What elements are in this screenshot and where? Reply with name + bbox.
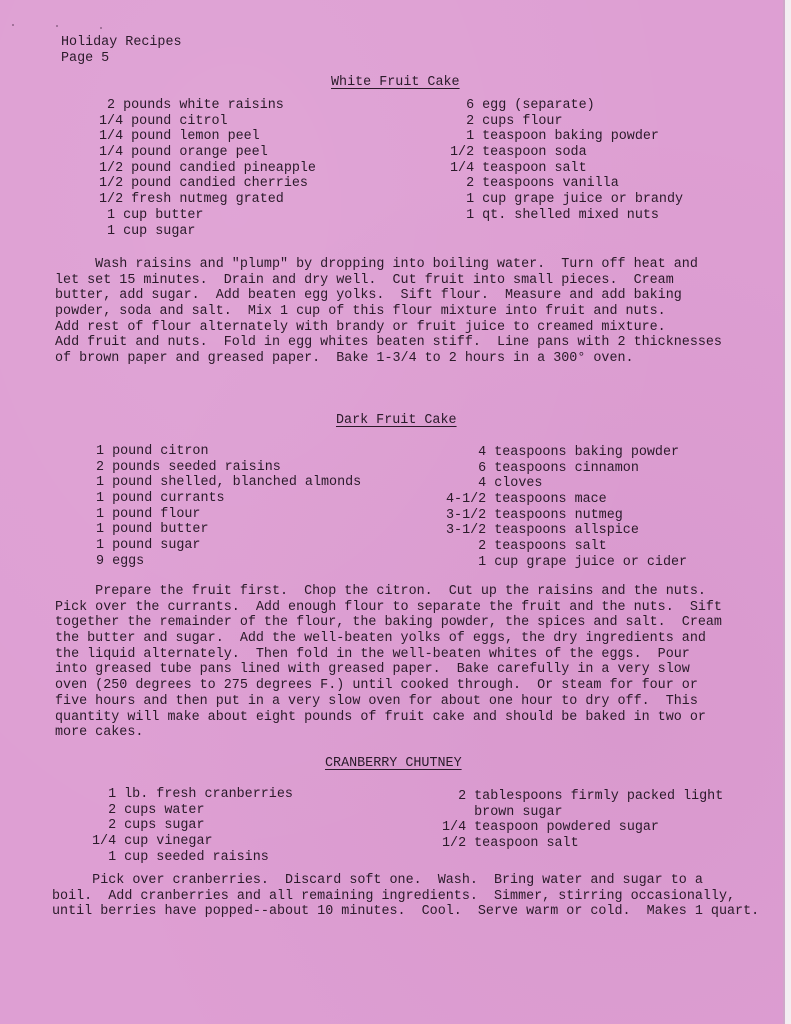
text-line: 4 cloves	[446, 476, 687, 492]
text-line: butter, add sugar. Add beaten egg yolks.…	[55, 288, 722, 304]
text-line: boil. Add cranberries and all remaining …	[52, 889, 759, 905]
text-line: 9 eggs	[96, 554, 361, 570]
text-line: 1/4 cup vinegar	[92, 834, 293, 850]
ingredients-left-cranberry-chutney: 1 lb. fresh cranberries 2 cups water 2 c…	[92, 787, 293, 865]
text-line: 6 egg (separate)	[450, 98, 683, 114]
directions-dark-fruit-cake: Prepare the fruit first. Chop the citron…	[55, 584, 722, 741]
text-line: 1 teaspoon baking powder	[450, 129, 683, 145]
text-line: Wash raisins and "plump" by dropping int…	[55, 257, 722, 273]
ingredients-right-white-fruit-cake: 6 egg (separate) 2 cups flour 1 teaspoon…	[450, 98, 683, 224]
text-line: 2 tablespoons firmly packed light	[442, 789, 723, 805]
text-line: 1 pound butter	[96, 522, 361, 538]
text-line: of brown paper and greased paper. Bake 1…	[55, 351, 722, 367]
ingredients-right-cranberry-chutney: 2 tablespoons firmly packed light brown …	[442, 789, 723, 852]
text-line: 1/2 pound candied pineapple	[99, 161, 316, 177]
text-line: 1/4 teaspoon salt	[450, 161, 683, 177]
scan-speck	[56, 25, 58, 27]
text-line: 2 cups water	[92, 803, 293, 819]
ingredients-left-white-fruit-cake: 2 pounds white raisins1/4 pound citrol1/…	[99, 98, 316, 239]
text-line: Add rest of flour alternately with brand…	[55, 320, 722, 336]
text-line: 2 pounds white raisins	[99, 98, 316, 114]
text-line: 1/2 teaspoon soda	[450, 145, 683, 161]
directions-cranberry-chutney: Pick over cranberries. Discard soft one.…	[52, 873, 759, 920]
text-line: 3-1/2 teaspoons allspice	[446, 523, 687, 539]
recipe-title-white-fruit-cake: White Fruit Cake	[331, 75, 460, 91]
ingredients-right-dark-fruit-cake: 4 teaspoons baking powder 6 teaspoons ci…	[446, 445, 687, 571]
recipe-title-cranberry-chutney: CRANBERRY CHUTNEY	[325, 756, 462, 772]
text-line: 1 pound sugar	[96, 538, 361, 554]
text-line: 1 cup grape juice or brandy	[450, 192, 683, 208]
text-line: 1/2 pound candied cherries	[99, 176, 316, 192]
text-line: 2 teaspoons salt	[446, 539, 687, 555]
text-line: 1 cup sugar	[99, 224, 316, 240]
text-line: 4-1/2 teaspoons mace	[446, 492, 687, 508]
text-line: 3-1/2 teaspoons nutmeg	[446, 508, 687, 524]
text-line: five hours and then put in a very slow o…	[55, 694, 722, 710]
text-line: 1 pound shelled, blanched almonds	[96, 475, 361, 491]
text-line: together the remainder of the flour, the…	[55, 615, 722, 631]
text-line: the liquid alternately. Then fold in the…	[55, 647, 722, 663]
text-line: 1 pound flour	[96, 507, 361, 523]
text-line: 1 qt. shelled mixed nuts	[450, 208, 683, 224]
text-line: 6 teaspoons cinnamon	[446, 461, 687, 477]
text-line: 4 teaspoons baking powder	[446, 445, 687, 461]
text-line: Pick over the currants. Add enough flour…	[55, 600, 722, 616]
recipe-page: Holiday Recipes Page 5 White Fruit Cake …	[0, 0, 785, 1024]
recipe-title-dark-fruit-cake: Dark Fruit Cake	[336, 413, 457, 429]
text-line: Prepare the fruit first. Chop the citron…	[55, 584, 722, 600]
directions-white-fruit-cake: Wash raisins and "plump" by dropping int…	[55, 257, 722, 367]
page-number: Page 5	[61, 51, 109, 67]
text-line: Pick over cranberries. Discard soft one.…	[52, 873, 759, 889]
text-line: 1/2 fresh nutmeg grated	[99, 192, 316, 208]
text-line: Add fruit and nuts. Fold in egg whites b…	[55, 335, 722, 351]
text-line: oven (250 degrees to 275 degrees F.) unt…	[55, 678, 722, 694]
text-line: let set 15 minutes. Drain and dry well. …	[55, 273, 722, 289]
text-line: 2 teaspoons vanilla	[450, 176, 683, 192]
text-line: 1 cup grape juice or cider	[446, 555, 687, 571]
scan-speck	[100, 27, 102, 29]
text-line: 1 pound currants	[96, 491, 361, 507]
text-line: 2 cups sugar	[92, 818, 293, 834]
text-line: 1/4 pound citrol	[99, 114, 316, 130]
text-line: 2 pounds seeded raisins	[96, 460, 361, 476]
text-line: 1/4 pound orange peel	[99, 145, 316, 161]
text-line: 1/4 pound lemon peel	[99, 129, 316, 145]
text-line: 1/2 teaspoon salt	[442, 836, 723, 852]
text-line: 1/4 teaspoon powdered sugar	[442, 820, 723, 836]
text-line: 1 lb. fresh cranberries	[92, 787, 293, 803]
document-title: Holiday Recipes	[61, 35, 182, 51]
text-line: more cakes.	[55, 725, 722, 741]
text-line: the butter and sugar. Add the well-beate…	[55, 631, 722, 647]
text-line: until berries have popped--about 10 minu…	[52, 904, 759, 920]
text-line: 1 pound citron	[96, 444, 361, 460]
text-line: into greased tube pans lined with grease…	[55, 662, 722, 678]
ingredients-left-dark-fruit-cake: 1 pound citron2 pounds seeded raisins1 p…	[96, 444, 361, 570]
text-line: 1 cup seeded raisins	[92, 850, 293, 866]
text-line: 1 cup butter	[99, 208, 316, 224]
text-line: powder, soda and salt. Mix 1 cup of this…	[55, 304, 722, 320]
text-line: quantity will make about eight pounds of…	[55, 710, 722, 726]
text-line: 2 cups flour	[450, 114, 683, 130]
scan-speck	[12, 24, 14, 26]
text-line: brown sugar	[442, 805, 723, 821]
